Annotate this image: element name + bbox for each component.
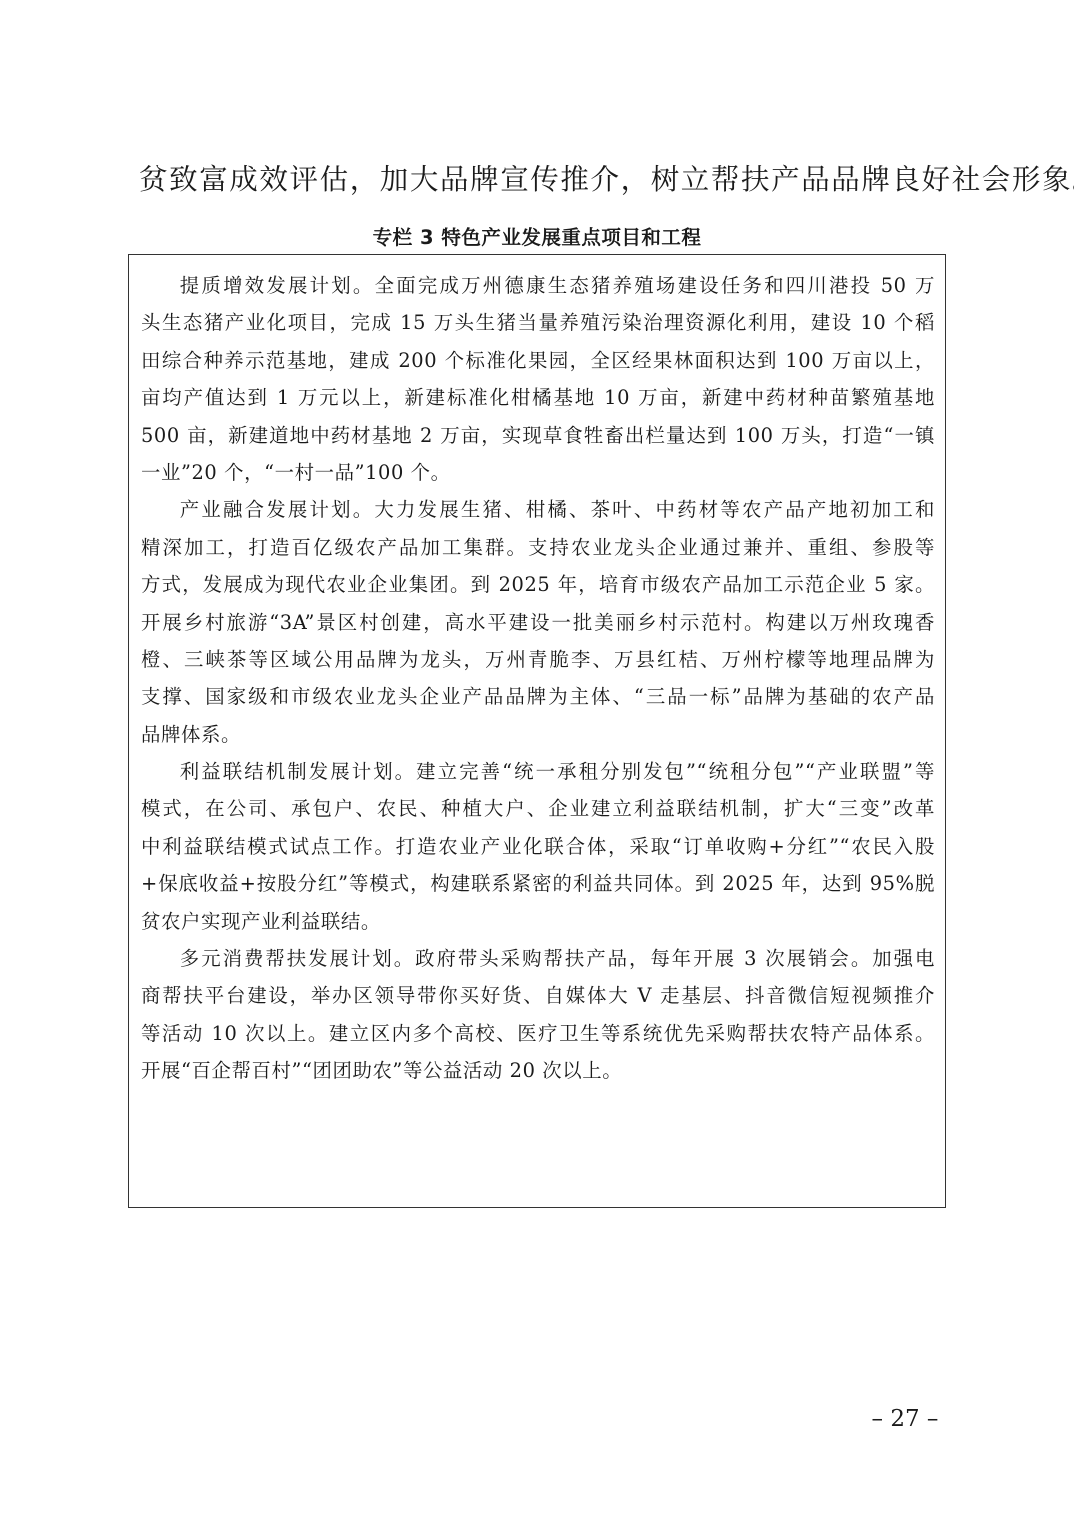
paragraph-quality-efficiency-plan: 提质增效发展计划。全面完成万州德康生态猪养殖场建设任务和四川港投 50 万 头生… <box>141 267 935 491</box>
paragraph-line: 中利益联结模式试点工作。打造农业产业化联合体，采取“订单收购+分红”“农民入股 <box>141 828 935 865</box>
column-box-content: 提质增效发展计划。全面完成万州德康生态猪养殖场建设任务和四川港投 50 万 头生… <box>141 267 935 1090</box>
paragraph-line: 提质增效发展计划。全面完成万州德康生态猪养殖场建设任务和四川港投 50 万 <box>141 267 935 304</box>
paragraph-line: 一业”20 个，“一村一品”100 个。 <box>141 454 935 491</box>
paragraph-line: 等活动 10 次以上。建立区内多个高校、医疗卫生等系统优先采购帮扶农特产品体系。 <box>141 1015 935 1052</box>
paragraph-line: +保底收益+按股分红”等模式，构建联系紧密的利益共同体。到 2025 年，达到 … <box>141 865 935 902</box>
paragraph-line: 产业融合发展计划。大力发展生猪、柑橘、茶叶、中药材等农产品产地初加工和 <box>141 491 935 528</box>
paragraph-benefit-linkage-plan: 利益联结机制发展计划。建立完善“统一承租分别发包”“统租分包”“产业联盟”等 模… <box>141 753 935 940</box>
paragraph-line: 田综合种养示范基地，建成 200 个标准化果园，全区经果林面积达到 100 万亩… <box>141 342 935 379</box>
paragraph-consumption-assistance-plan: 多元消费帮扶发展计划。政府带头采购帮扶产品，每年开展 3 次展销会。加强电 商帮… <box>141 940 935 1090</box>
column-title: 专栏 3 特色产业发展重点项目和工程 <box>0 224 1074 252</box>
paragraph-line: 商帮扶平台建设，举办区领导带你买好货、自媒体大 V 走基层、抖音微信短视频推介 <box>141 977 935 1014</box>
paragraph-line: 品牌体系。 <box>141 716 935 753</box>
paragraph-line: 贫农户实现产业利益联结。 <box>141 903 935 940</box>
paragraph-line: 利益联结机制发展计划。建立完善“统一承租分别发包”“统租分包”“产业联盟”等 <box>141 753 935 790</box>
paragraph-line: 精深加工，打造百亿级农产品加工集群。支持农业龙头企业通过兼并、重组、参股等 <box>141 529 935 566</box>
lead-paragraph-ending: 贫致富成效评估，加大品牌宣传推介，树立帮扶产品品牌良好社会形象。 <box>139 160 939 200</box>
paragraph-line: 500 亩，新建道地中药材基地 2 万亩，实现草食牲畜出栏量达到 100 万头，… <box>141 417 935 454</box>
page-number: – 27 – <box>860 1404 950 1434</box>
paragraph-line: 模式，在公司、承包户、农民、种植大户、企业建立利益联结机制，扩大“三变”改革 <box>141 790 935 827</box>
paragraph-line: 亩均产值达到 1 万元以上，新建标准化柑橘基地 10 万亩，新建中药材种苗繁殖基… <box>141 379 935 416</box>
paragraph-line: 橙、三峡茶等区域公用品牌为龙头，万州青脆李、万县红桔、万州柠檬等地理品牌为 <box>141 641 935 678</box>
paragraph-line: 支撑、国家级和市级农业龙头企业产品品牌为主体、“三品一标”品牌为基础的农产品 <box>141 678 935 715</box>
paragraph-industry-integration-plan: 产业融合发展计划。大力发展生猪、柑橘、茶叶、中药材等农产品产地初加工和 精深加工… <box>141 491 935 753</box>
paragraph-line: 头生态猪产业化项目，完成 15 万头生猪当量养殖污染治理资源化利用，建设 10 … <box>141 304 935 341</box>
paragraph-line: 开展“百企帮百村”“团团助农”等公益活动 20 次以上。 <box>141 1052 935 1089</box>
paragraph-line: 方式，发展成为现代农业企业集团。到 2025 年，培育市级农产品加工示范企业 5… <box>141 566 935 603</box>
column-box: 提质增效发展计划。全面完成万州德康生态猪养殖场建设任务和四川港投 50 万 头生… <box>128 254 946 1208</box>
paragraph-line: 多元消费帮扶发展计划。政府带头采购帮扶产品，每年开展 3 次展销会。加强电 <box>141 940 935 977</box>
paragraph-line: 开展乡村旅游“3A”景区村创建，高水平建设一批美丽乡村示范村。构建以万州玫瑰香 <box>141 604 935 641</box>
